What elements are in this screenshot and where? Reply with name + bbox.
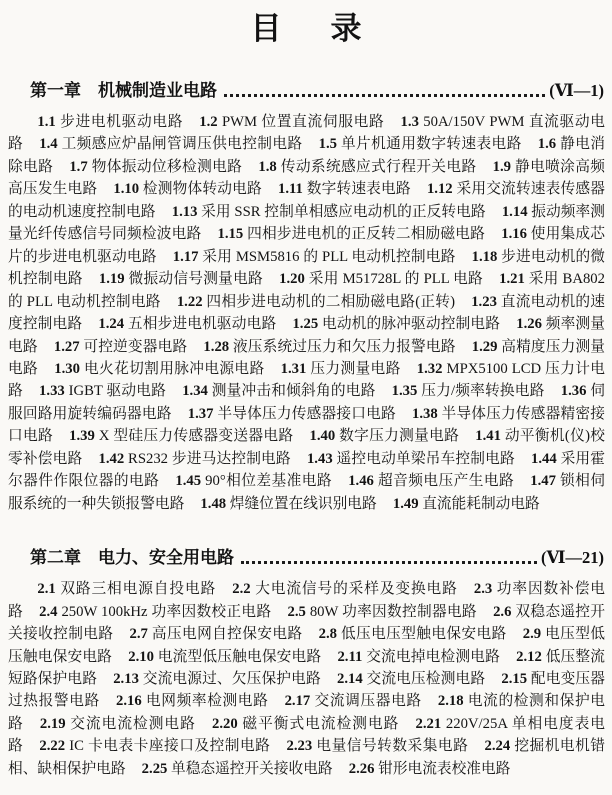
toc-entry-number: 1.37 (188, 406, 214, 422)
chapter-section: 第二章 电力、安全用电路 (Ⅵ—21) 2.1 双路三相电源自投电路2.2 大电… (4, 546, 608, 780)
dot-leader (224, 94, 545, 97)
toc-entry: 1.42 RS232 步进马达控制电路 (98, 451, 290, 467)
toc-entry: 1.8 传动系统感应式行程开关电路 (258, 159, 476, 175)
toc-entry-number: 1.33 (39, 383, 65, 399)
toc-entry-number: 2.22 (39, 738, 65, 754)
toc-entry-number: 1.28 (203, 339, 229, 355)
toc-entry-number: 1.29 (472, 339, 498, 355)
chapter-heading: 第二章 电力、安全用电路 (Ⅵ—21) (30, 546, 604, 569)
toc-entry-number: 2.23 (287, 738, 313, 754)
toc-entry-number: 1.40 (309, 428, 335, 444)
toc-entry-number: 2.5 (288, 604, 306, 620)
toc-entry: 2.10 电流型低压触电保安电路 (128, 649, 321, 665)
toc-entry-number: 1.22 (177, 294, 203, 310)
chapter-page-ref: (Ⅵ—21) (541, 546, 604, 569)
chapter-label: 第一章 (30, 79, 81, 102)
toc-entry-number: 1.16 (501, 226, 527, 242)
toc-entry: 1.13 采用 SSR 控制单相感应电动机的正反转电路 (172, 204, 486, 220)
toc-entry: 2.25 单稳态遥控开关接收电路 (142, 761, 333, 777)
toc-entry-number: 1.47 (530, 473, 556, 489)
toc-entry-number: 2.11 (337, 649, 362, 665)
toc-entry-number: 1.48 (200, 496, 226, 512)
toc-entry: 1.45 90°相位差基准电路 (175, 473, 332, 489)
toc-entry: 1.48 焊缝位置在线识别电路 (200, 496, 376, 512)
toc-entry: 1.11 数字转速表电路 (278, 181, 411, 197)
toc-entry: 1.5 单片机通用数字转速表电路 (319, 136, 522, 152)
toc-entry-number: 1.27 (54, 339, 80, 355)
toc-entry-number: 1.14 (502, 204, 528, 220)
toc-entry-number: 2.26 (349, 761, 375, 777)
chapter-page-ref: (Ⅵ—1) (549, 79, 604, 102)
toc-entry: 1.46 超音频电压产生电路 (348, 473, 514, 489)
toc-entry-number: 1.26 (516, 316, 542, 332)
toc-entry: 2.8 低压电压型触电保安电路 (319, 626, 507, 642)
toc-entry-number: 2.16 (116, 693, 142, 709)
toc-entry-number: 2.13 (113, 671, 139, 687)
toc-entry-number: 1.11 (278, 181, 303, 197)
toc-entry-number: 1.13 (172, 204, 198, 220)
toc-entry: 1.28 液压系统过压力和欠压力报警电路 (203, 339, 455, 355)
toc-entry-number: 1.17 (173, 249, 199, 265)
toc-entry: 1.34 测量冲击和倾斜角的电路 (182, 383, 375, 399)
toc-entry-number: 2.4 (39, 604, 57, 620)
toc-entry: 2.23 电量信号转数采集电路 (287, 738, 469, 754)
toc-entry-number: 1.31 (281, 361, 307, 377)
toc-entry-number: 2.19 (40, 716, 66, 732)
toc-entry: 1.2 PWM 位置直流伺服电路 (199, 114, 384, 130)
toc-entry: 2.22 IC 卡电表卡座接口及控制电路 (39, 738, 270, 754)
toc-entry-number: 2.6 (493, 604, 511, 620)
toc-entry: 2.13 交流电源过、欠压保护电路 (113, 671, 321, 687)
chapter-heading: 第一章 机械制造业电路 (Ⅵ—1) (30, 79, 604, 102)
toc-entry-number: 1.1 (37, 114, 55, 130)
toc-entry: 1.33 IGBT 驱动电路 (39, 383, 166, 399)
toc-entry-number: 1.6 (538, 136, 556, 152)
toc-entry-number: 2.1 (37, 581, 55, 597)
toc-entry: 2.14 交流电压检测电路 (337, 671, 485, 687)
toc-entry-number: 2.17 (285, 693, 311, 709)
toc-entry-number: 1.21 (499, 271, 525, 287)
toc-entry: 1.25 电动机的脉冲驱动控制电路 (292, 316, 500, 332)
toc-entry: 1.35 压力/频率转换电路 (392, 383, 545, 399)
toc-entry-number: 2.18 (438, 693, 464, 709)
toc-entry-number: 1.36 (561, 383, 587, 399)
toc-entry-number: 1.35 (392, 383, 418, 399)
toc-entry-number: 1.5 (319, 136, 337, 152)
toc-entry: 1.31 压力测量电路 (281, 361, 401, 377)
toc-entry-number: 1.38 (412, 406, 438, 422)
toc-entry-number: 1.34 (182, 383, 208, 399)
toc-entry: 1.19 微振动信号测量电路 (99, 271, 263, 287)
toc-entry-number: 1.9 (493, 159, 511, 175)
toc-entry-number: 2.7 (130, 626, 148, 642)
toc-entry: 1.43 遥控电动单梁吊车控制电路 (307, 451, 515, 467)
toc-entry-number: 1.19 (99, 271, 125, 287)
toc-entry-number: 1.44 (531, 451, 557, 467)
toc-entry-number: 2.20 (212, 716, 238, 732)
toc-entry: 1.24 五相步进电机驱动电路 (98, 316, 276, 332)
toc-entry: 1.49 直流能耗制动电路 (393, 496, 540, 512)
chapter-entries: 2.1 双路三相电源自投电路2.2 大电流信号的采样及变换电路2.3 功率因数补… (8, 578, 605, 780)
toc-entry: 2.19 交流电流检测电路 (40, 716, 196, 732)
toc-entry-number: 1.3 (401, 114, 419, 130)
toc-entry-number: 1.39 (69, 428, 95, 444)
page-title: 目 录 (4, 10, 608, 48)
toc-entry-number: 2.3 (474, 581, 492, 597)
toc-entry: 1.20 采用 M51728L 的 PLL 电路 (279, 271, 483, 287)
toc-entry: 2.11 交流电掉电检测电路 (337, 649, 500, 665)
chapter-section: 第一章 机械制造业电路 (Ⅵ—1) 1.1 步进电机驱动电路1.2 PWM 位置… (4, 79, 608, 515)
toc-entry-number: 1.20 (279, 271, 305, 287)
chapter-label: 第二章 (30, 546, 81, 569)
chapter-entries: 1.1 步进电机驱动电路1.2 PWM 位置直流伺服电路1.3 50A/150V… (8, 111, 605, 515)
toc-entry-number: 1.25 (292, 316, 318, 332)
toc-entry-number: 2.10 (128, 649, 154, 665)
toc-entry-number: 2.8 (319, 626, 337, 642)
toc-entry-number: 1.23 (471, 294, 497, 310)
toc-entry: 1.1 步进电机驱动电路 (37, 114, 183, 130)
toc-entry: 1.4 工频感应炉晶闸管调压供电控制电路 (39, 136, 302, 152)
toc-entry: 2.16 电网频率检测电路 (116, 693, 268, 709)
toc-entry-number: 1.42 (98, 451, 124, 467)
toc-entry-number: 1.49 (393, 496, 419, 512)
toc-entry-number: 2.24 (484, 738, 510, 754)
toc-entry-number: 1.46 (348, 473, 374, 489)
toc-entry-number: 1.7 (69, 159, 87, 175)
toc-entry: 1.7 物体振动位移检测电路 (69, 159, 242, 175)
toc-entry: 1.17 采用 MSM5816 的 PLL 电动机控制电路 (173, 249, 456, 265)
toc-entry-number: 1.8 (258, 159, 276, 175)
toc-entry-number: 2.9 (523, 626, 541, 642)
toc-entry-number: 2.21 (416, 716, 442, 732)
toc-entry-number: 2.12 (516, 649, 542, 665)
toc-entry: 2.20 磁平衡式电流检测电路 (212, 716, 399, 732)
dot-leader (241, 561, 537, 564)
toc-entry-number: 1.43 (307, 451, 333, 467)
toc-entry-number: 1.41 (475, 428, 501, 444)
toc-entry-number: 1.32 (417, 361, 443, 377)
toc-entry: 2.5 80W 功率因数控制器电路 (288, 604, 477, 620)
toc-entry: 1.27 可控逆变器电路 (54, 339, 187, 355)
toc-entry: 2.17 交流调压器电路 (285, 693, 422, 709)
toc-entry: 2.4 250W 100kHz 功率因数校正电路 (39, 604, 271, 620)
toc-entry: 1.37 半导体压力传感器接口电路 (188, 406, 396, 422)
toc-entry: 2.2 大电流信号的采样及变换电路 (232, 581, 457, 597)
toc-entry-number: 2.14 (337, 671, 363, 687)
toc-entry: 1.15 四相步进电机的正反转二相励磁电路 (218, 226, 486, 242)
toc-entry-number: 1.12 (427, 181, 453, 197)
toc-page: 目 录 第一章 机械制造业电路 (Ⅵ—1) 1.1 步进电机驱动电路1.2 PW… (0, 0, 612, 795)
toc-entry: 1.40 数字压力测量电路 (309, 428, 459, 444)
toc-entry-number: 2.15 (501, 671, 527, 687)
toc-entry-number: 1.30 (54, 361, 80, 377)
toc-entry-number: 2.2 (232, 581, 250, 597)
toc-entry: 1.10 检测物体转动电路 (113, 181, 261, 197)
chapter-title: 机械制造业电路 (98, 79, 217, 102)
toc-entry: 1.39 X 型硅压力传感器变送器电路 (69, 428, 293, 444)
toc-entry-number: 2.25 (142, 761, 168, 777)
toc-entry: 1.22 四相步进电动机的二相励磁电路(正转) (177, 294, 455, 310)
toc-entry-number: 1.15 (218, 226, 244, 242)
toc-entry-number: 1.10 (113, 181, 139, 197)
toc-entry: 1.30 电火花切割用脉冲电源电路 (54, 361, 264, 377)
chapter-title: 电力、安全用电路 (98, 546, 234, 569)
toc-entry: 2.1 双路三相电源自投电路 (37, 581, 216, 597)
toc-entry-number: 1.2 (199, 114, 217, 130)
toc-entry-number: 1.45 (175, 473, 201, 489)
toc-entry-number: 1.4 (39, 136, 57, 152)
toc-entry: 2.7 高压电网自控保安电路 (130, 626, 303, 642)
toc-entry-number: 1.18 (472, 249, 498, 265)
toc-entry-number: 1.24 (98, 316, 124, 332)
toc-entry: 2.26 钳形电流表校准电路 (349, 761, 511, 777)
